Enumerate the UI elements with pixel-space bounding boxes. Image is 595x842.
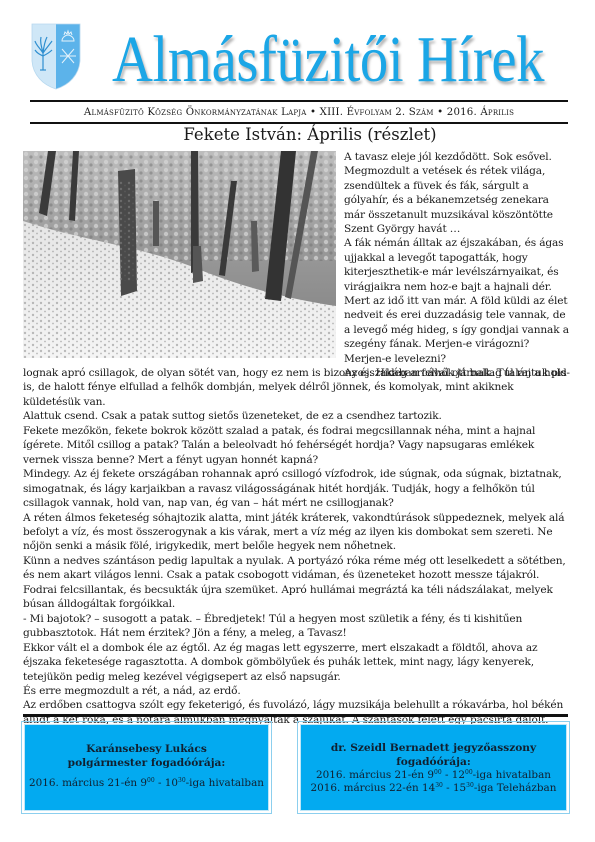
article-paragraph: A fák némán álltak az éjszakában, és ága…	[344, 236, 570, 366]
masthead-subtitle: Almásfüzitő Község Önkormányzatának Lapj…	[30, 104, 568, 122]
article-title: Fekete István: Április (részlet)	[100, 124, 520, 146]
article-paragraph: Az erdőben csattogva szólt egy feketerig…	[23, 698, 573, 727]
office-hours-end-minutes: 00	[465, 769, 473, 776]
office-hours-end-hour: - 12	[442, 769, 465, 781]
article-paragraph: Künn a nedves szántáson pedig lapultak a…	[23, 554, 573, 612]
masthead-rule-top	[30, 100, 568, 102]
office-hours-location: -iga Teleházban	[474, 782, 557, 794]
office-hours-start-minutes: 00	[434, 769, 442, 776]
office-hours-date: 2016. március 21-én 9	[29, 777, 147, 789]
office-hours-end-minutes: 30	[178, 777, 186, 784]
office-hours-start-minutes: 00	[147, 777, 155, 784]
office-hours-location: -iga hivatalban	[473, 769, 551, 781]
article-paragraph: - Mi bajotok? – susogott a patak. – Ébre…	[23, 612, 573, 641]
article-paragraph: Mindegy. Az éj fekete országában rohanna…	[23, 467, 573, 510]
article-paragraph: A tavasz eleje jól kezdődött. Sok esővel…	[344, 150, 570, 236]
article-paragraph: lognak apró csillagok, de olyan sötét va…	[23, 366, 573, 409]
article-paragraph: A réten álmos feketeség sóhajtozik alatt…	[23, 511, 573, 554]
office-hours-end-hour: - 10	[155, 777, 178, 789]
forest-photo	[23, 151, 336, 358]
article-paragraph: Ekkor vált el a dombok éle az égtől. Az …	[23, 641, 573, 684]
article-body: lognak apró csillagok, de olyan sötét va…	[23, 366, 573, 727]
article-paragraph: És erre megmozdult a rét, a nád, az erdő…	[23, 684, 573, 698]
mayor-office-hours-box: Karánsebesy Lukács polgármester fogadóór…	[24, 724, 269, 811]
coat-of-arms-icon	[31, 23, 81, 90]
office-hours-date: 2016. március 21-én 9	[316, 769, 434, 781]
section-divider	[23, 714, 568, 717]
office-hours-location: -iga hivatalban	[186, 777, 264, 789]
notary-office-hours-box: dr. Szeidl Bernadett jegyzőasszony fogad…	[300, 724, 567, 811]
office-hours-end-hour: - 15	[443, 782, 466, 794]
article-side-column: A tavasz eleje jól kezdődött. Sok esővel…	[344, 150, 570, 381]
office-hours-end-minutes: 30	[466, 782, 474, 789]
office-hours-date: 2016. március 22-én 14	[311, 782, 436, 794]
office-hours-start-minutes: 30	[435, 782, 443, 789]
office-hours-line: 2016. március 21-én 900 - 1200-iga hivat…	[301, 769, 566, 782]
article-paragraph: Fekete mezőkön, fekete bokrok között sza…	[23, 424, 573, 467]
masthead-title: Almásfüzitői Hírek	[112, 20, 544, 100]
office-hours-line: 2016. március 22-én 1430 - 1530-iga Tele…	[301, 782, 566, 795]
mayor-office-hours-title: Karánsebesy Lukács polgármester fogadóór…	[25, 742, 268, 770]
office-hours-line: 2016. március 21-én 900 - 1030-iga hivat…	[25, 777, 268, 790]
forest-photo-image	[23, 151, 336, 358]
notary-office-hours-title: dr. Szeidl Bernadett jegyzőasszony fogad…	[301, 741, 566, 769]
article-paragraph: Alattuk csend. Csak a patak suttog siető…	[23, 409, 573, 423]
